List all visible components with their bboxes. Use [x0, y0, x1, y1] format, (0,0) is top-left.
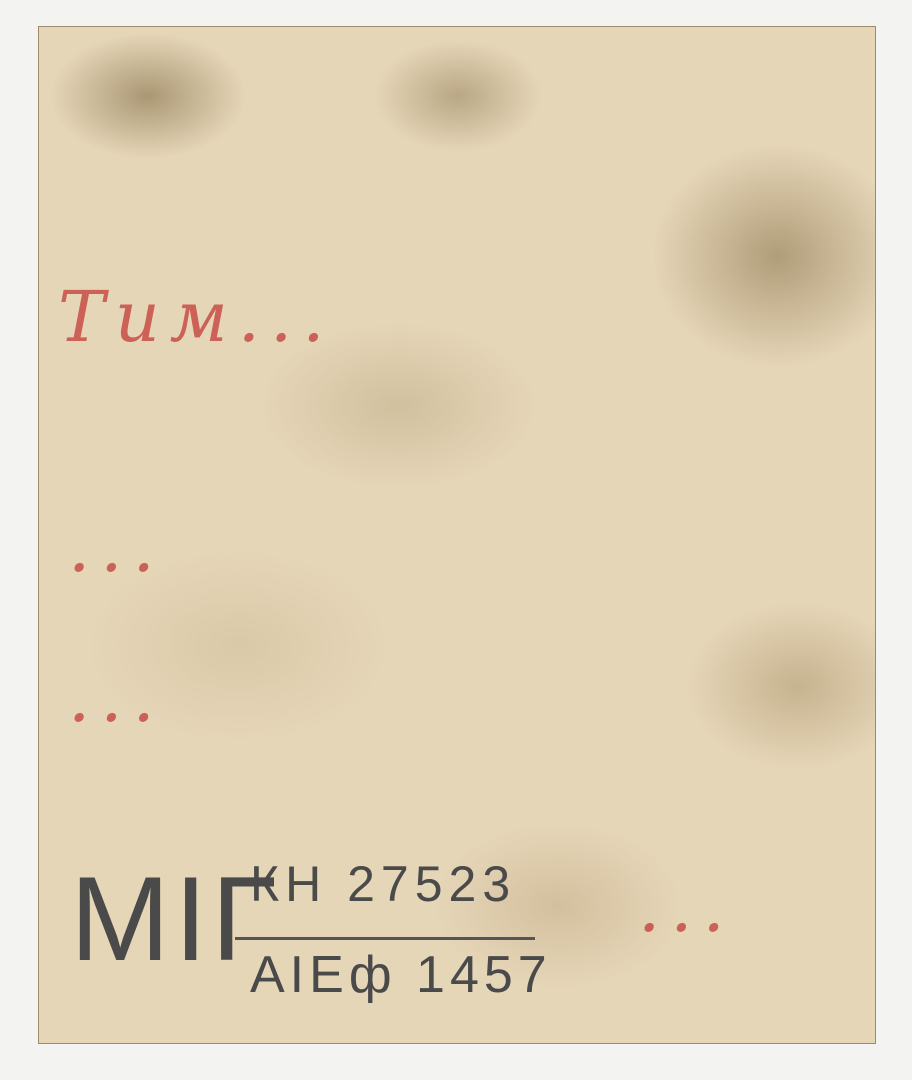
red-handwriting-line: ...	[68, 506, 165, 588]
red-handwriting-line: Тим...	[58, 276, 335, 358]
collection-mark: МІГ	[70, 850, 280, 988]
red-handwriting-line: ...	[68, 656, 165, 738]
red-handwriting-line: ...	[638, 866, 735, 948]
fraction-line	[235, 937, 535, 940]
inventory-number-top: КН 27523	[250, 855, 516, 913]
inventory-number-bottom: АІЕф 1457	[250, 945, 552, 1005]
